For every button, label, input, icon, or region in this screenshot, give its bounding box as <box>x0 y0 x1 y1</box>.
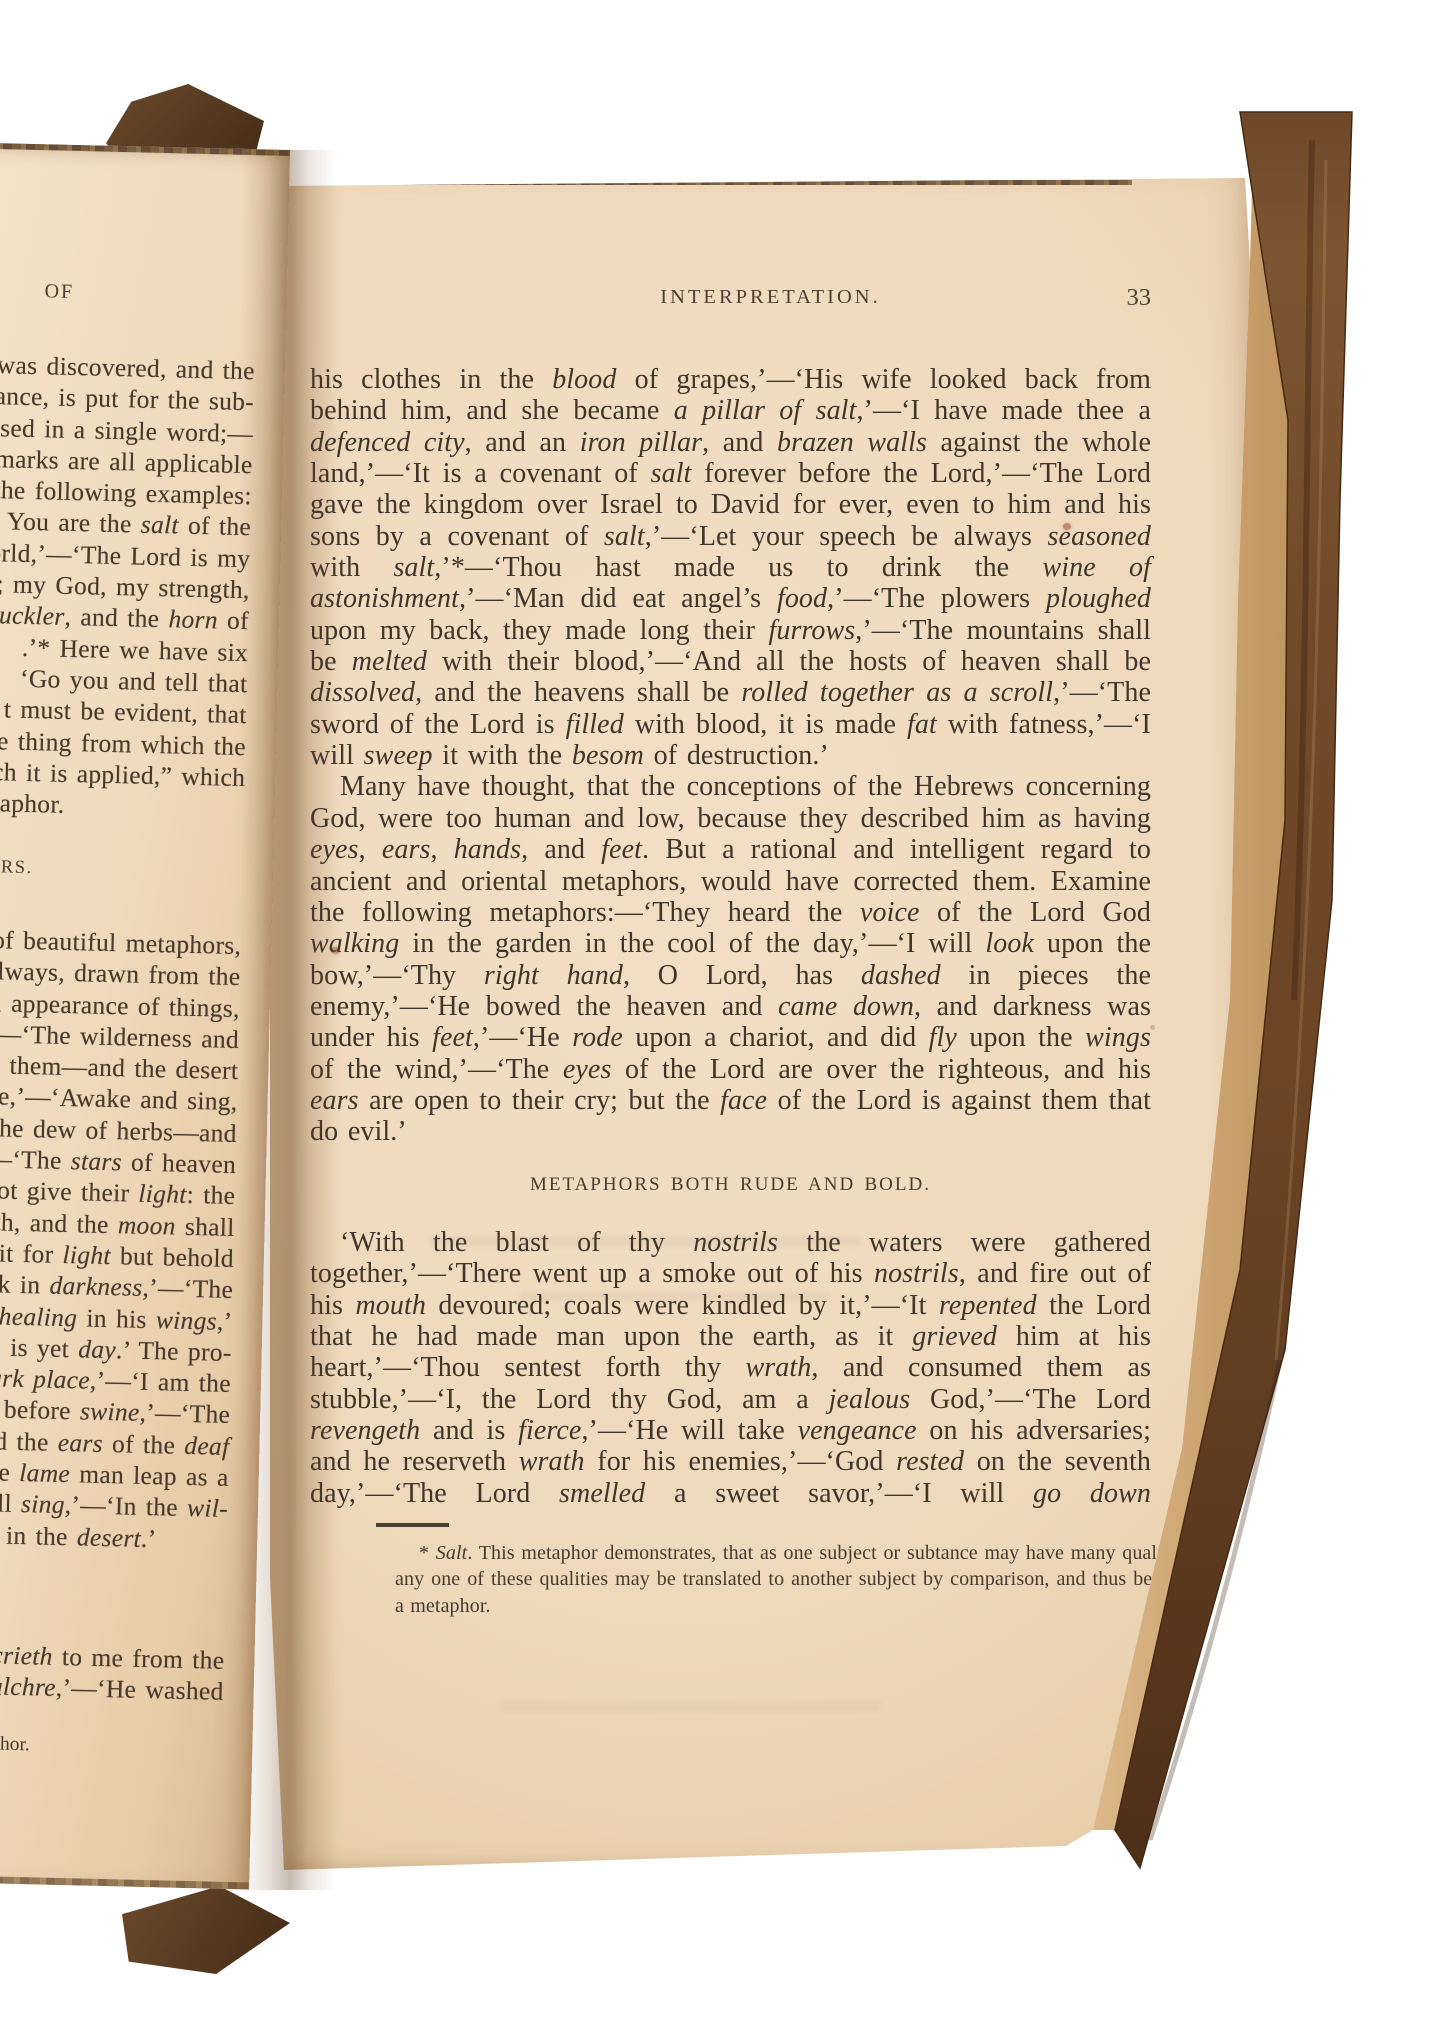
left-page: OF was discovered, and theblance, is put… <box>0 142 290 1889</box>
left-page-section-heading-fragment: PHORS. <box>0 856 33 879</box>
left-page-running-head-fragment: OF <box>44 280 74 304</box>
book-right-edge <box>1080 100 1370 1890</box>
left-page-paragraph-fragment-b: of beautiful metaphors,lways, drawn from… <box>0 923 272 1556</box>
left-page-text-line: all sing,’—‘In the wil- <box>0 1486 258 1525</box>
leather-corner-bottom-left <box>122 1886 290 1974</box>
page-number: 33 <box>310 284 1151 312</box>
left-page-paragraph-fragment-c: crieth to me from theulchre,’—‘He washed <box>0 1638 255 1708</box>
section-heading: METAPHORS BOTH RUDE AND BOLD. <box>310 1169 1151 1200</box>
footnote: * Salt. This metaphor demonstrates, that… <box>395 1540 1196 1620</box>
open-book-photo: OF was discovered, and theblance, is put… <box>0 0 1445 2023</box>
paragraph-metaphor-examples: his clothes in the blood of grapes,’—‘Hi… <box>310 364 1151 771</box>
footnote-rule <box>376 1523 449 1527</box>
left-page-text-line: ulchre,’—‘He washed <box>0 1669 254 1708</box>
page-top-stained-edge <box>278 180 1132 185</box>
paragraph-rude-bold-metaphors: ‘With the blast of thy nostrils the wate… <box>310 1227 1151 1509</box>
left-page-footnote-fragment: metaphor. <box>0 1732 30 1756</box>
left-page-paragraph-fragment-a: was discovered, and theblance, is put fo… <box>0 348 285 825</box>
text-column: his clothes in the blood of grapes,’—‘Hi… <box>310 364 1151 1619</box>
left-page-text-line: lk in darkness,’—‘The <box>0 1267 263 1306</box>
paragraph-hebrew-conceptions: Many have thought, that the conceptions … <box>310 771 1151 1147</box>
